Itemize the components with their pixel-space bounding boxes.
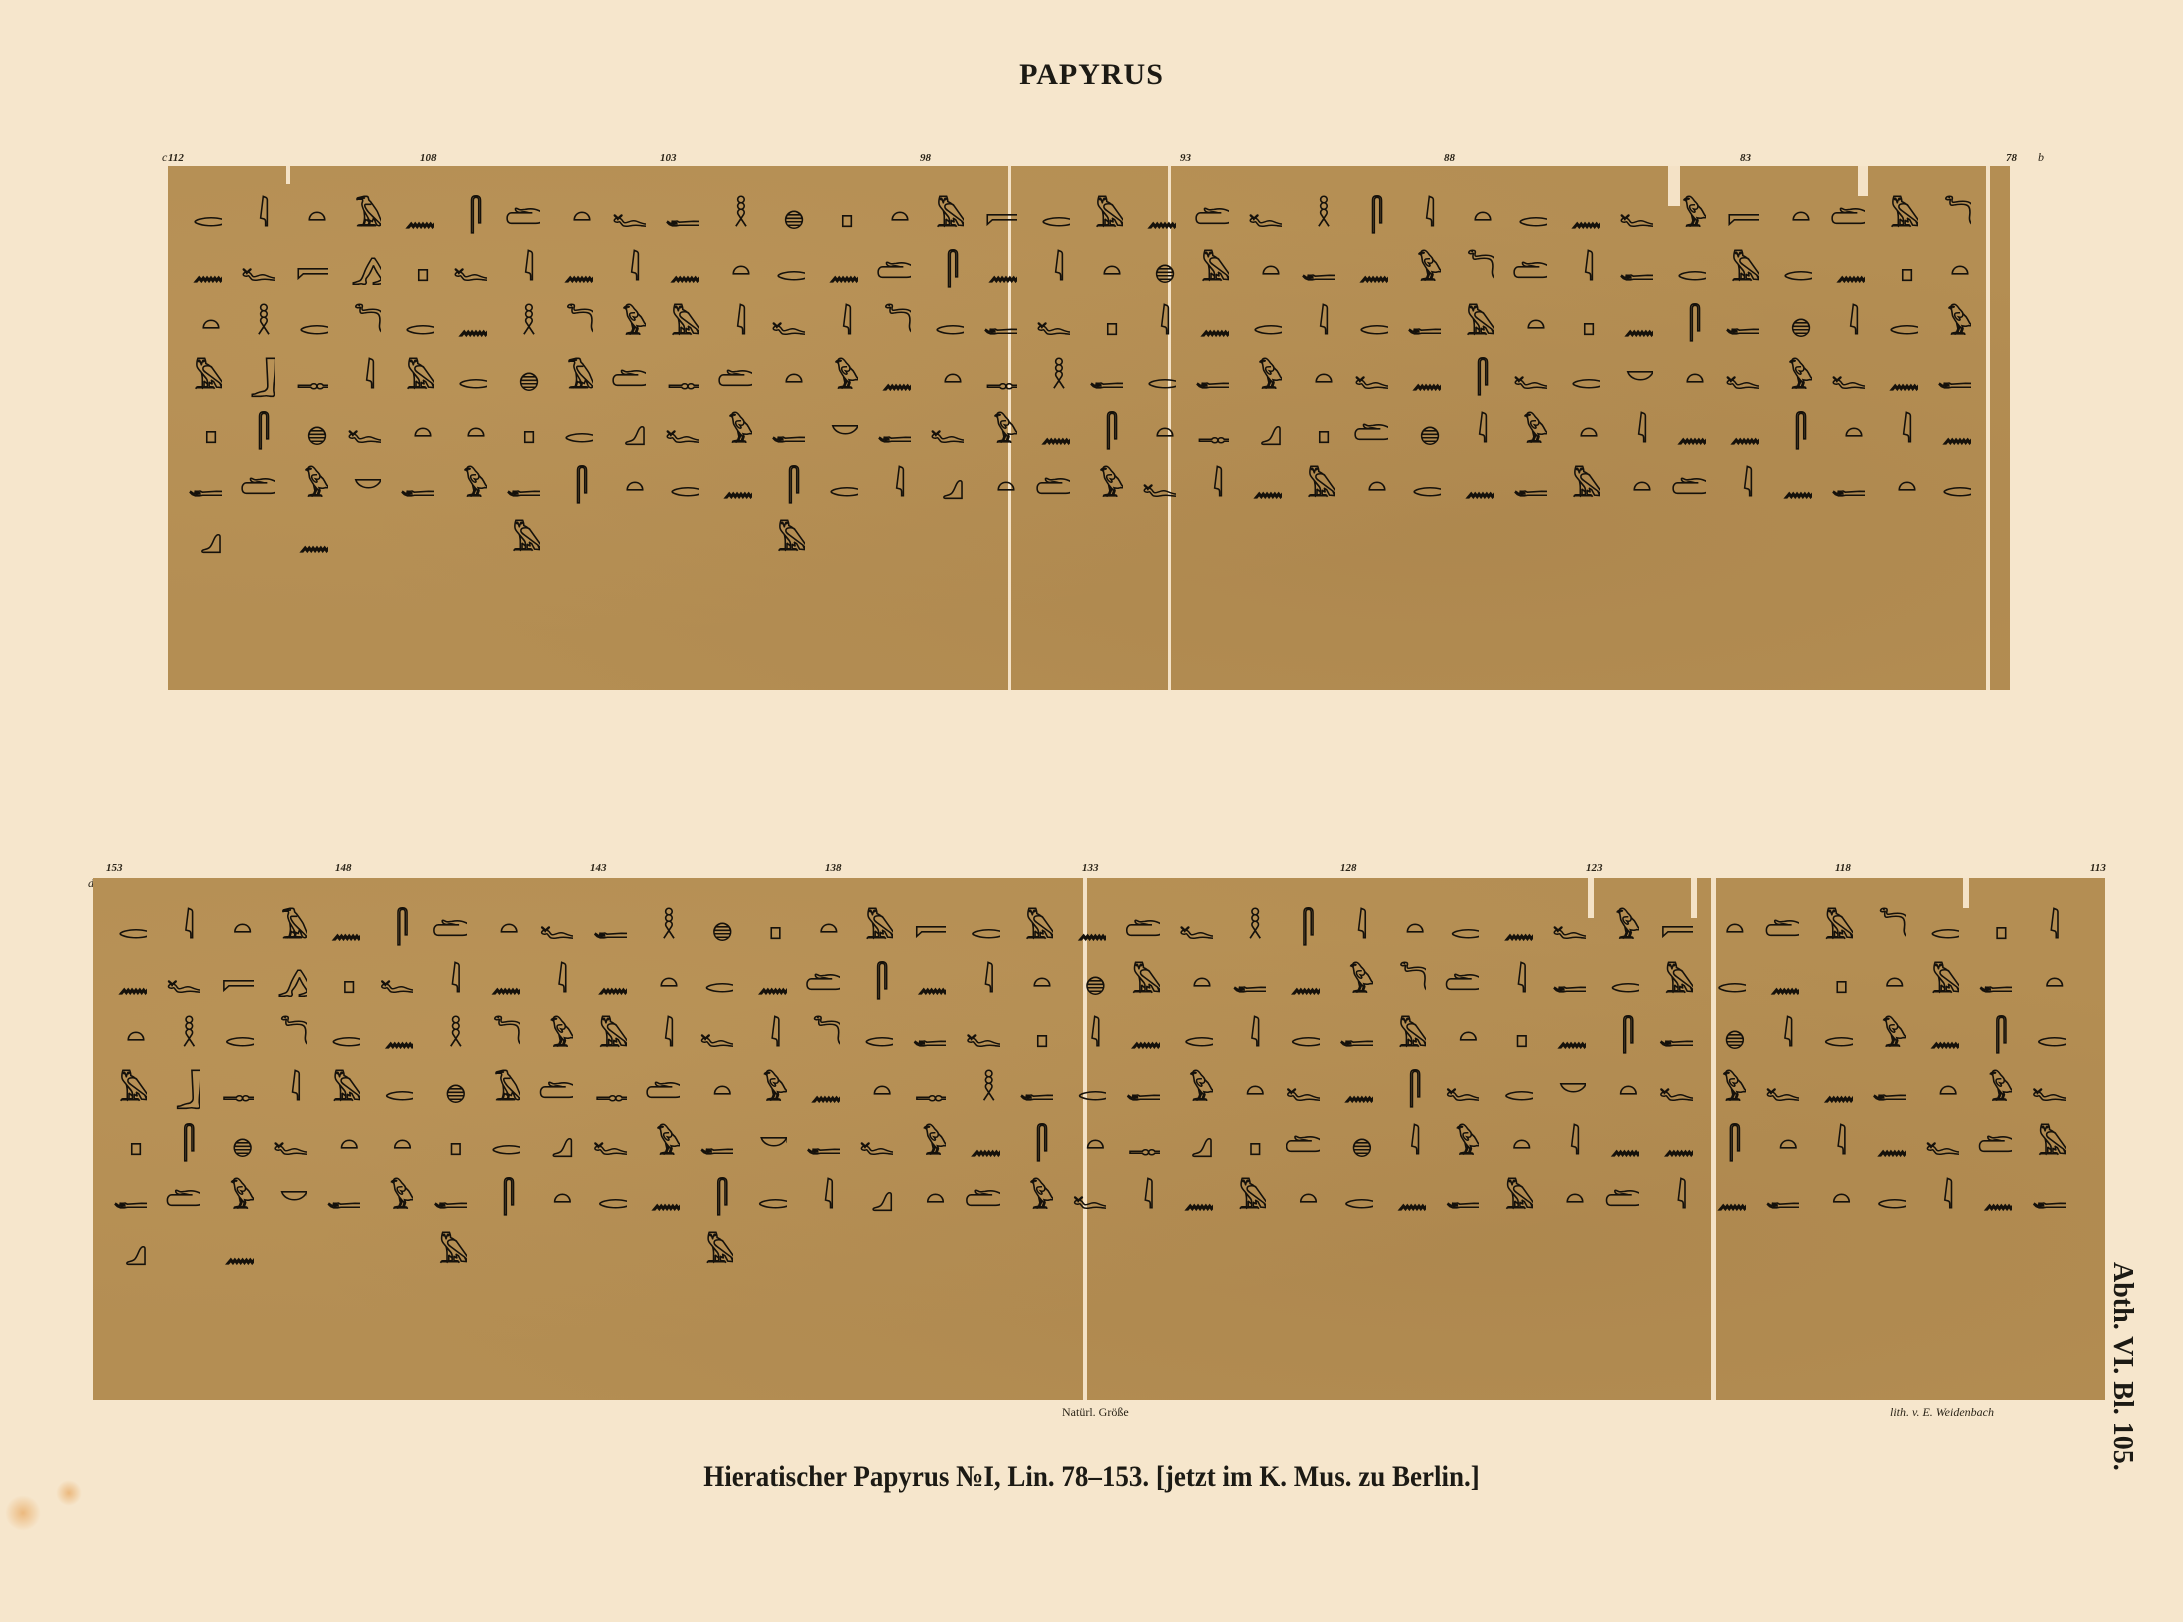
hieratic-text-column: 𓋴𓆑𓈖𓂋𓏏𓅱: [453, 186, 487, 666]
hieratic-text-column: 𓈖𓇋𓊪𓂋𓏏𓅓: [1566, 186, 1600, 666]
tear-mark: [1963, 878, 1969, 908]
hieratic-text-column: 𓊪𓈖𓇋𓅱𓎡𓂋: [753, 898, 787, 1378]
plate-caption: Hieratischer Papyrus №I, Lin. 78–153. [j…: [109, 1460, 2074, 1494]
hieratic-text-column: 𓇋𓅱𓂝𓈖𓐍𓂋: [1339, 898, 1373, 1378]
hieratic-text-column: 𓂧𓇋𓎛𓐍𓊪𓂝𓅓: [506, 186, 540, 666]
scale-note: Natürl. Größe: [1062, 1405, 1129, 1420]
hieratic-text-column: 𓂋𓂧𓏏𓆑𓅱𓂝: [1513, 186, 1547, 666]
hieratic-text-column: 𓏏𓂧𓆓𓈖𓂝𓇋: [806, 898, 840, 1378]
papyrus-strip-top: 𓂋𓈖𓏏𓅓𓊪𓂝𓈎𓇋𓆑𓎛𓃀𓋴𓂧𓏏𓇯𓂋𓊃𓐍𓅱𓈖𓄿𓂻𓆓𓇋𓆑𓎡𓈖𓊪𓂋𓅓𓏏𓂝𓋴𓆑𓈖𓂋𓏏𓅱𓂧𓇋…: [168, 166, 2010, 690]
tear-mark: [1588, 878, 1594, 918]
hieratic-text-column: 𓇋𓆑𓎛𓃀𓋴𓂧: [166, 898, 200, 1378]
hieratic-text-column: 𓊪𓂝𓋴𓅱𓂧𓈖: [1978, 898, 2012, 1378]
line-number-label: 88: [1444, 152, 1455, 164]
line-number-label: 93: [1180, 152, 1191, 164]
hieratic-text-column: 𓄿𓂻𓆓𓇋𓆑𓎡: [273, 898, 307, 1378]
line-number-label: 118: [1835, 862, 1851, 874]
hieratic-text-column: 𓇋𓏏𓂋𓆑𓅓𓂝: [2032, 898, 2066, 1378]
hieratic-text-column: 𓅓𓏏𓊪𓂝𓋴𓅱: [1089, 186, 1123, 666]
line-number-label: 123: [1586, 862, 1603, 874]
hieratic-text-column: 𓂧𓅓𓈖𓂝𓊃𓇋: [1126, 898, 1160, 1378]
hieratic-text-column: 𓂝𓈖𓅓𓊃𓆑𓂋: [593, 898, 627, 1378]
line-number-label: 112: [168, 152, 184, 164]
foxing-stain: [5, 1495, 41, 1531]
hieratic-text-column: 𓇯𓅓𓂝𓆑𓈖𓇋: [1725, 186, 1759, 666]
hieratic-text-column: 𓏏𓈖𓆓𓄿𓂋𓋴: [559, 186, 593, 666]
hieratic-text-column: 𓋴𓈖𓂋𓆑𓂧𓏏: [1286, 898, 1320, 1378]
hieratic-text-column: 𓎛𓂝𓇋𓏏𓊪𓅓: [1232, 898, 1266, 1378]
line-number-label: 83: [1740, 152, 1751, 164]
hieratic-text-column: 𓂋𓈖𓏏𓅓𓊪𓂝𓈎: [113, 898, 147, 1378]
hieratic-text-column: 𓅓𓊪𓂋𓈖𓇋𓏏: [1884, 186, 1918, 666]
line-number-label: 138: [825, 862, 842, 874]
hieratic-text-column: 𓅓𓋴𓂋𓏏𓆑𓈎: [859, 898, 893, 1378]
tear-mark: [286, 166, 290, 184]
hieratic-text-column: 𓂋𓈖𓏏𓅓𓊪𓂝𓈎: [188, 186, 222, 666]
foxing-stain: [56, 1480, 82, 1506]
hieratic-text-column: 𓆑𓇋𓅱𓂧𓈎𓏏: [539, 898, 573, 1378]
hieratic-text-column: 𓅓𓋴𓂋𓏏𓆑𓈎: [930, 186, 964, 666]
plate-title: PAPYRUS: [0, 58, 2183, 92]
hieratic-text-column: 𓅱𓂋𓋴𓏏𓈖𓂧: [1672, 186, 1706, 666]
corner-mark-b: b: [2038, 150, 2044, 165]
hieratic-text-column: 𓆑𓂝𓈖𓎡𓇋𓏏: [1619, 186, 1653, 666]
line-number-label: 108: [420, 152, 437, 164]
hieratic-text-column: 𓅱𓂋𓋴𓏏𓈖𓂧: [1605, 898, 1639, 1378]
hieratic-text-column: 𓎛𓂝𓇋𓏏𓊪𓅓: [1301, 186, 1335, 666]
line-number-label: 143: [590, 862, 607, 874]
hieratic-text-column: 𓊪𓈖𓇋𓅱𓎡𓂋: [824, 186, 858, 666]
corner-mark-c: c: [162, 150, 167, 165]
hieratic-text-column: 𓅓𓊪𓂋𓈖𓇋𓏏: [1819, 898, 1853, 1378]
line-number-label: 128: [1340, 862, 1357, 874]
hieratic-text-column: 𓏏𓇯𓂋𓊃𓐍𓅱𓈖: [220, 898, 254, 1378]
hieratic-text-column: 𓅓𓏏𓊪𓂝𓋴𓅱: [1019, 898, 1053, 1378]
hieratic-text-column: 𓇯𓈖𓂝𓊃𓅱𓏏: [983, 186, 1017, 666]
hieratic-text-column: 𓂋𓅓𓈖𓏏𓆑𓇋: [1925, 898, 1959, 1378]
hieratic-text-column: 𓎛𓏏𓇋𓂧𓅱𓈖: [646, 898, 680, 1378]
line-number-label: 148: [335, 862, 352, 874]
hieratic-text-column: 𓆓𓏏𓅱𓂝𓈖𓂋: [1872, 898, 1906, 1378]
hieratic-text-column: 𓏏𓂋𓐍𓅱𓋴𓈖: [1778, 186, 1812, 666]
hieratic-text-column: 𓈖𓐍𓇋𓂋𓏏𓆑: [1072, 898, 1106, 1378]
plate-number: Abth. VI. Bl. 105.: [2106, 1262, 2138, 1471]
hieratic-text-column: 𓆑𓏏𓂋𓅱𓈎𓈖: [1248, 186, 1282, 666]
hieratic-text-column: 𓏏𓆓𓅓𓋴𓇋𓈖: [1460, 186, 1494, 666]
hieratic-text-column: 𓇯𓅓𓂝𓆑𓈖𓇋: [1659, 898, 1693, 1378]
hieratic-text-column: 𓂧𓈖𓇋𓆑𓏏𓂝: [1831, 186, 1865, 666]
hieratic-text-column: 𓏏𓆓𓅓𓋴𓇋𓈖: [1392, 898, 1426, 1378]
hieratic-text-column: 𓏏𓈖𓆓𓄿𓂋𓋴: [486, 898, 520, 1378]
hieratic-text-column: 𓄿𓂻𓆓𓇋𓆑𓎡: [347, 186, 381, 666]
hieratic-text-column: 𓋴𓆑𓈖𓂋𓏏𓅱: [379, 898, 413, 1378]
hieratic-text-column: 𓂝𓈖𓅓𓊃𓆑𓂋: [665, 186, 699, 666]
hieratic-text-column: 𓇋𓅱𓂝𓈖𓐍𓂋: [1407, 186, 1441, 666]
papyrus-strip-bottom: 𓂋𓈖𓏏𓅓𓊪𓂝𓈎𓇋𓆑𓎛𓃀𓋴𓂧𓏏𓇯𓂋𓊃𓐍𓅱𓈖𓄿𓂻𓆓𓇋𓆑𓎡𓈖𓊪𓂋𓅓𓏏𓂝𓋴𓆑𓈖𓂋𓏏𓅱𓂧𓇋…: [93, 878, 2105, 1400]
hieratic-text-column: 𓆑𓏏𓂋𓅱𓈎𓈖: [1179, 898, 1213, 1378]
hieratic-text-column: 𓏏𓇯𓂋𓊃𓐍𓅱𓈖: [294, 186, 328, 666]
hieratic-text-column: 𓐍𓂋𓆑𓏏𓂝𓋴𓅓: [699, 898, 733, 1378]
line-number-label: 133: [1082, 862, 1099, 874]
hieratic-text-column: 𓂧𓇋𓎛𓐍𓊪𓂝𓅓: [433, 898, 467, 1378]
hieratic-text-column: 𓂋𓇋𓆑𓎛𓈖𓂧: [966, 898, 1000, 1378]
hieratic-text-column: 𓆑𓂝𓈖𓎡𓇋𓏏: [1552, 898, 1586, 1378]
hieratic-text-column: 𓂧𓈖𓇋𓆑𓏏𓂝: [1765, 898, 1799, 1378]
hieratic-text-column: 𓆓𓏏𓅱𓂝𓈖𓂋: [1937, 186, 1971, 666]
hieratic-text-column: 𓈖𓊪𓂋𓅓𓏏𓂝: [400, 186, 434, 666]
hieratic-text-column: 𓂋𓂧𓏏𓆑𓅱𓂝: [1445, 898, 1479, 1378]
line-number-label: 98: [920, 152, 931, 164]
line-number-label: 103: [660, 152, 677, 164]
hieratic-text-column: 𓏏𓂋𓐍𓅱𓋴𓈖: [1712, 898, 1746, 1378]
hieratic-text-column: 𓏏𓂧𓆓𓈖𓂝𓇋: [877, 186, 911, 666]
hieratic-text-column: 𓈖𓊪𓂋𓅓𓏏𓂝: [326, 898, 360, 1378]
hieratic-text-column: 𓇯𓈖𓂝𓊃𓅱𓏏: [912, 898, 946, 1378]
hieratic-text-column: 𓇋𓆑𓎛𓃀𓋴𓂧: [241, 186, 275, 666]
hieratic-text-column: 𓐍𓂋𓆑𓏏𓂝𓋴𓅓: [771, 186, 805, 666]
line-number-label: 78: [2006, 152, 2017, 164]
tear-mark: [1986, 166, 1990, 690]
hieratic-text-column: 𓂧𓅓𓈖𓂝𓊃𓇋: [1195, 186, 1229, 666]
hieratic-text-column: 𓆑𓇋𓅱𓂧𓈎𓏏: [612, 186, 646, 666]
lithographer-credit: lith. v. E. Weidenbach: [1890, 1405, 1994, 1420]
hieratic-text-column: 𓋴𓈖𓂋𓆑𓂧𓏏: [1354, 186, 1388, 666]
hieratic-text-column: 𓈖𓐍𓇋𓂋𓏏𓆑: [1142, 186, 1176, 666]
hieratic-text-column: 𓂋𓇋𓆑𓎛𓈖𓂧: [1036, 186, 1070, 666]
line-number-label: 113: [2090, 862, 2106, 874]
hieratic-text-column: 𓎛𓏏𓇋𓂧𓅱𓈖: [718, 186, 752, 666]
hieratic-text-column: 𓈖𓇋𓊪𓂋𓏏𓅓: [1499, 898, 1533, 1378]
line-number-label: 153: [106, 862, 123, 874]
